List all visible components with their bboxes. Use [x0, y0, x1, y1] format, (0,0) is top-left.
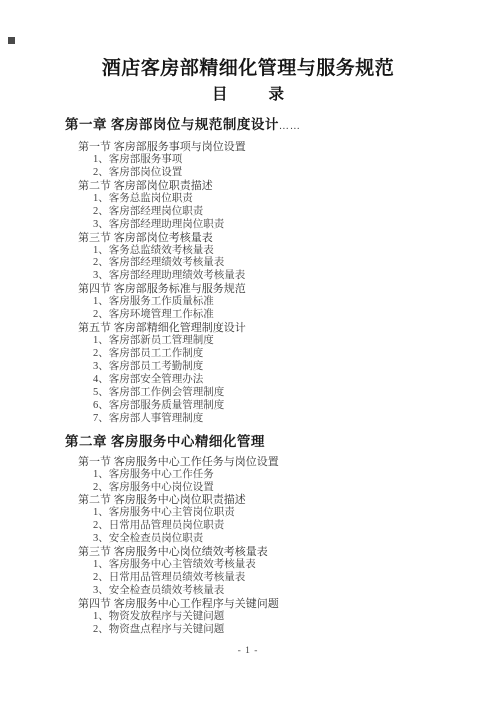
toc-item: 4、客房部安全管理办法 [65, 374, 496, 387]
toc-chapter: 第一章 客房部岗位与规范制度设计……第一节 客房部服务事项与岗位设置1、客房部服… [65, 117, 496, 426]
toc-section-title: 第四节 客房部服务标准与服务规范 [65, 283, 496, 296]
document-page: 酒店客房部精细化管理与服务规范 目 录 第一章 客房部岗位与规范制度设计……第一… [0, 0, 496, 702]
scan-artifact-mark [8, 37, 15, 44]
toc-item: 1、客房部服务事项 [65, 154, 496, 167]
toc-heading-left-char: 目 [212, 86, 228, 103]
toc-item: 1、客房部新员工管理制度 [65, 335, 496, 348]
toc-item: 2、日常用品管理员岗位职责 [65, 520, 496, 533]
toc-item: 3、客房部经理助理岗位职责 [65, 219, 496, 232]
toc-item: 7、客房部人事管理制度 [65, 413, 496, 426]
toc-item: 2、客房部经理绩效考核量表 [65, 257, 496, 270]
toc-item: 2、客房服务中心岗位设置 [65, 482, 496, 495]
chapter-heading: 第一章 客房部岗位与规范制度设计…… [65, 117, 496, 134]
toc-section-title: 第二节 客房服务中心岗位职责描述 [65, 494, 496, 507]
toc-item: 2、物资盘点程序与关键问题 [65, 624, 496, 637]
toc-item: 1、物资发放程序与关键问题 [65, 611, 496, 624]
toc-item: 2、客房部岗位设置 [65, 167, 496, 180]
toc-heading: 目 录 [0, 86, 496, 103]
toc-section-title: 第二节 客房部岗位职责描述 [65, 180, 496, 193]
toc-item: 2、日常用品管理员绩效考核量表 [65, 572, 496, 585]
toc-section-title: 第一节 客房部服务事项与岗位设置 [65, 141, 496, 154]
toc-section-title: 第三节 客房服务中心岗位绩效考核量表 [65, 546, 496, 559]
toc-section-title: 第四节 客房服务中心工作程序与关键问题 [65, 598, 496, 611]
chapter-title: 第二章 客房服务中心精细化管理 [65, 434, 265, 449]
toc-item: 2、客房部员工工作制度 [65, 348, 496, 361]
toc-item: 1、客房服务中心主管岗位职责 [65, 507, 496, 520]
toc-item: 2、客房部经理岗位职责 [65, 206, 496, 219]
toc-item: 1、客房服务中心主管绩效考核量表 [65, 559, 496, 572]
toc-item: 3、安全检查员岗位职责 [65, 533, 496, 546]
toc-item: 1、客务总监岗位职责 [65, 193, 496, 206]
page-number: - 1 - [0, 646, 496, 656]
toc-item: 3、客房部员工考勤制度 [65, 361, 496, 374]
toc-item: 2、客房环境管理工作标准 [65, 309, 496, 322]
chapter-title: 第一章 客房部岗位与规范制度设计 [65, 117, 279, 132]
toc-section-title: 第三节 客房部岗位考核量表 [65, 232, 496, 245]
toc-section-title: 第一节 客房服务中心工作任务与岗位设置 [65, 456, 496, 469]
toc-section-title: 第五节 客房部精细化管理制度设计 [65, 322, 496, 335]
toc-item: 1、客房服务中心工作任务 [65, 469, 496, 482]
toc-item: 5、客房部工作例会管理制度 [65, 387, 496, 400]
toc-chapter: 第二章 客房服务中心精细化管理第一节 客房服务中心工作任务与岗位设置1、客房服务… [65, 434, 496, 637]
document-title: 酒店客房部精细化管理与服务规范 [0, 0, 496, 81]
chapter-heading: 第二章 客房服务中心精细化管理 [65, 434, 496, 451]
toc-item: 1、客务总监绩效考核量表 [65, 245, 496, 258]
toc-heading-right-char: 录 [269, 86, 285, 103]
chapter-leader-dots: …… [279, 121, 301, 132]
toc-item: 6、客房部服务质量管理制度 [65, 400, 496, 413]
toc-item: 3、客房部经理助理绩效考核量表 [65, 270, 496, 283]
toc-item: 3、安全检查员绩效考核量表 [65, 585, 496, 598]
toc-item: 1、客房服务工作质量标准 [65, 296, 496, 309]
toc-list: 第一章 客房部岗位与规范制度设计……第一节 客房部服务事项与岗位设置1、客房部服… [65, 103, 496, 637]
